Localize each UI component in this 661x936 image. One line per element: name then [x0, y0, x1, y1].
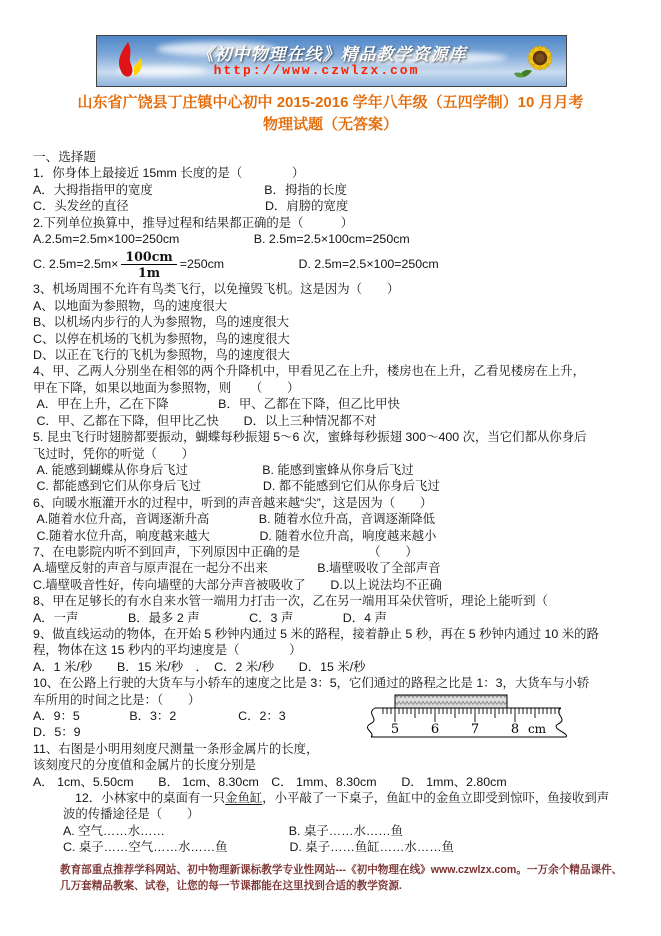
question-line: 10、在公路上行驶的大货车与小轿车的速度之比是 3：5，它们通过的路程之比是 1… — [33, 675, 635, 691]
sunflower-icon — [508, 37, 562, 86]
question-line: D、以正在飞行的飞机为参照物，鸟的速度很大 — [33, 347, 635, 363]
question-area: 一、选择题1．你身体上最接近 15mm 长度的是（ ）A．大拇指指甲的宽度 B．… — [0, 136, 661, 856]
text-segment: 12．小林家中的桌面有一只 — [75, 791, 225, 805]
question-line: 波的传播途径是（ ） — [33, 806, 635, 822]
question-line: 程，物体在这 15 秒内的平均速度是（ ） — [33, 642, 635, 658]
question-line: C. 都能感到它们从你身后飞过 D. 都不能感到它们从你身后飞过 — [33, 478, 635, 494]
question-line: A、以地面为参照物，鸟的速度很大 — [33, 298, 635, 314]
question-line: 甲在下降，如果以地面为参照物，则 （ ） — [33, 380, 635, 396]
section-heading: 一、选择题 — [33, 149, 635, 165]
question-line: C. 2.5m=2.5m×100cm1m=250cm D. 2.5m=2.5×1… — [33, 247, 635, 281]
question-line: 8、甲在足够长的有水自来水管一端用力打击一次，乙在另一端用耳朵伏管听，理论上能听… — [33, 593, 635, 609]
question-line: A．甲在上升，乙在下降 B．甲、乙都在下降，但乙比甲快 — [33, 396, 635, 412]
question-line: 11、右图是小明用刻度尺测量一条形金属片的长度， — [33, 741, 635, 757]
page-footer: 教育部重点推荐学科网站、初中物理新课标教学专业性网站---《初中物理在线》www… — [60, 862, 627, 894]
question-line: C.随着水位升高，响度越来越大 D. 随着水位升高，响度越来越小 — [33, 528, 635, 544]
site-banner: 《初中物理在线》精品教学资源库 http://www.czwlzx.com — [96, 35, 567, 87]
question-line: A. 空气……水…… B. 桌子……水……鱼 — [33, 823, 635, 839]
banner-site-url[interactable]: http://www.czwlzx.com — [97, 63, 536, 78]
question-line: 3、机场周围不允许有鸟类飞行，以免撞毁飞机。这是因为（ ） — [33, 281, 635, 297]
footer-line-1: 教育部重点推荐学科网站、初中物理新课标教学专业性网站---《初中物理在线》www… — [60, 862, 627, 878]
question-line: C.墙壁吸音性好，传向墙壁的大部分声音被吸收了 D.以上说法均不正确 — [33, 577, 635, 593]
question-line: 12．小林家中的桌面有一只金鱼缸，小平敲了一下桌子，鱼缸中的金鱼立即受到惊吓，鱼… — [33, 790, 635, 806]
question-line: A.随着水位升高，音调逐渐升高 B. 随着水位升高，音调逐渐降低 — [33, 511, 635, 527]
question-line: C、以停在机场的飞机为参照物，鸟的速度很大 — [33, 331, 635, 347]
metal-strip — [395, 695, 507, 708]
question-line: C. 桌子……空气……水……鱼 D. 桌子……鱼缸……水……鱼 — [33, 839, 635, 855]
ruler-unit-label: cm — [528, 722, 547, 736]
question-line: 5. 昆虫飞行时翅膀都要振动，蝴蝶每秒振翅 5～6 次，蜜蜂每秒振翅 300～4… — [33, 429, 635, 445]
question-line: 7、在电影院内听不到回声，下列原因中正确的是 （ ） — [33, 544, 635, 560]
ruler-tick-label: 7 — [471, 722, 479, 737]
fraction-numerator: 100cm — [121, 250, 176, 265]
question-line: A. 能感到蝴蝶从你身后飞过 B. 能感到蜜蜂从你身后飞过 — [33, 462, 635, 478]
question-line: 飞过时，凭你的听觉（ ） — [33, 446, 635, 462]
fraction-denominator: 1m — [138, 265, 160, 279]
question-line: 4、甲、乙两人分别坐在相邻的两个升降机中，甲看见乙在上升，楼房也在上升，乙看见楼… — [33, 363, 635, 379]
question-line: A．一声 B．最多 2 声 C．3 声 D．4 声 — [33, 610, 635, 626]
question-line: A． 1cm、5.50cm B． 1cm、8.30cm C． 1mm、8.30c… — [33, 774, 635, 790]
formula-text: =250cm D. 2.5m=2.5×100=250cm — [180, 256, 439, 272]
question-line: 6、向暖水瓶灌开水的过程中，听到的声音越来越“尖”，这是因为（ ） — [33, 495, 635, 511]
question-line: 1．你身体上最接近 15mm 长度的是（ ） — [33, 165, 635, 181]
ruler-tick-label: 5 — [391, 722, 399, 737]
question-line: 9、做直线运动的物体，在开始 5 秒钟内通过 5 米的路程，接着静止 5 秒，再… — [33, 626, 635, 642]
underlined-term: 金鱼缸 — [225, 791, 262, 805]
exam-page: 《初中物理在线》精品教学资源库 http://www.czwlzx.com — [0, 0, 661, 936]
question-line: C．甲、乙都在下降，但甲比乙快 D．以上三种情况都不对 — [33, 413, 635, 429]
formula-text: C. 2.5m=2.5m× — [33, 256, 118, 272]
question-line: A．1 米/秒 B．15 米/秒 ． C．2 米/秒 D．15 米/秒 — [33, 659, 635, 675]
ruler-tick-label: 8 — [511, 722, 519, 737]
question-line: C．头发丝的直径 D．肩膀的宽度 — [33, 198, 635, 214]
question-line: A.2.5m=2.5m×100=250cm B. 2.5m=2.5×100cm=… — [33, 231, 635, 247]
text-segment: ，小平敲了一下桌子，鱼缸中的金鱼立即受到惊吓，鱼接收到声 — [262, 791, 609, 805]
question-line: B、以机场内步行的人为参照物，鸟的速度很大 — [33, 314, 635, 330]
footer-line-2: 几万套精品教案、试卷，让您的每一节课都能在这里找到合适的教学资源. — [60, 878, 627, 894]
fraction: 100cm1m — [121, 250, 176, 279]
exam-title-line-1: 山东省广饶县丁庄镇中心初中 2015-2016 学年八年级（五四学制）10 月月… — [0, 92, 661, 114]
question-line: A．大拇指指甲的宽度 B．拇指的长度 — [33, 182, 635, 198]
exam-title-line-2: 物理试题（无答案） — [0, 114, 661, 136]
ruler-figure: 5678cm — [361, 692, 635, 742]
question-line: 该刻度尺的分度值和金属片的长度分别是 — [33, 757, 635, 773]
question-line: A.墙壁反射的声音与原声混在一起分不出来 B.墙壁吸收了全部声音 — [33, 560, 635, 576]
banner-site-title: 《初中物理在线》精品教学资源库 — [137, 40, 526, 65]
question-line: 2.下列单位换算中，推导过程和结果都正确的是（ ） — [33, 215, 635, 231]
ruler-tick-label: 6 — [431, 722, 439, 737]
